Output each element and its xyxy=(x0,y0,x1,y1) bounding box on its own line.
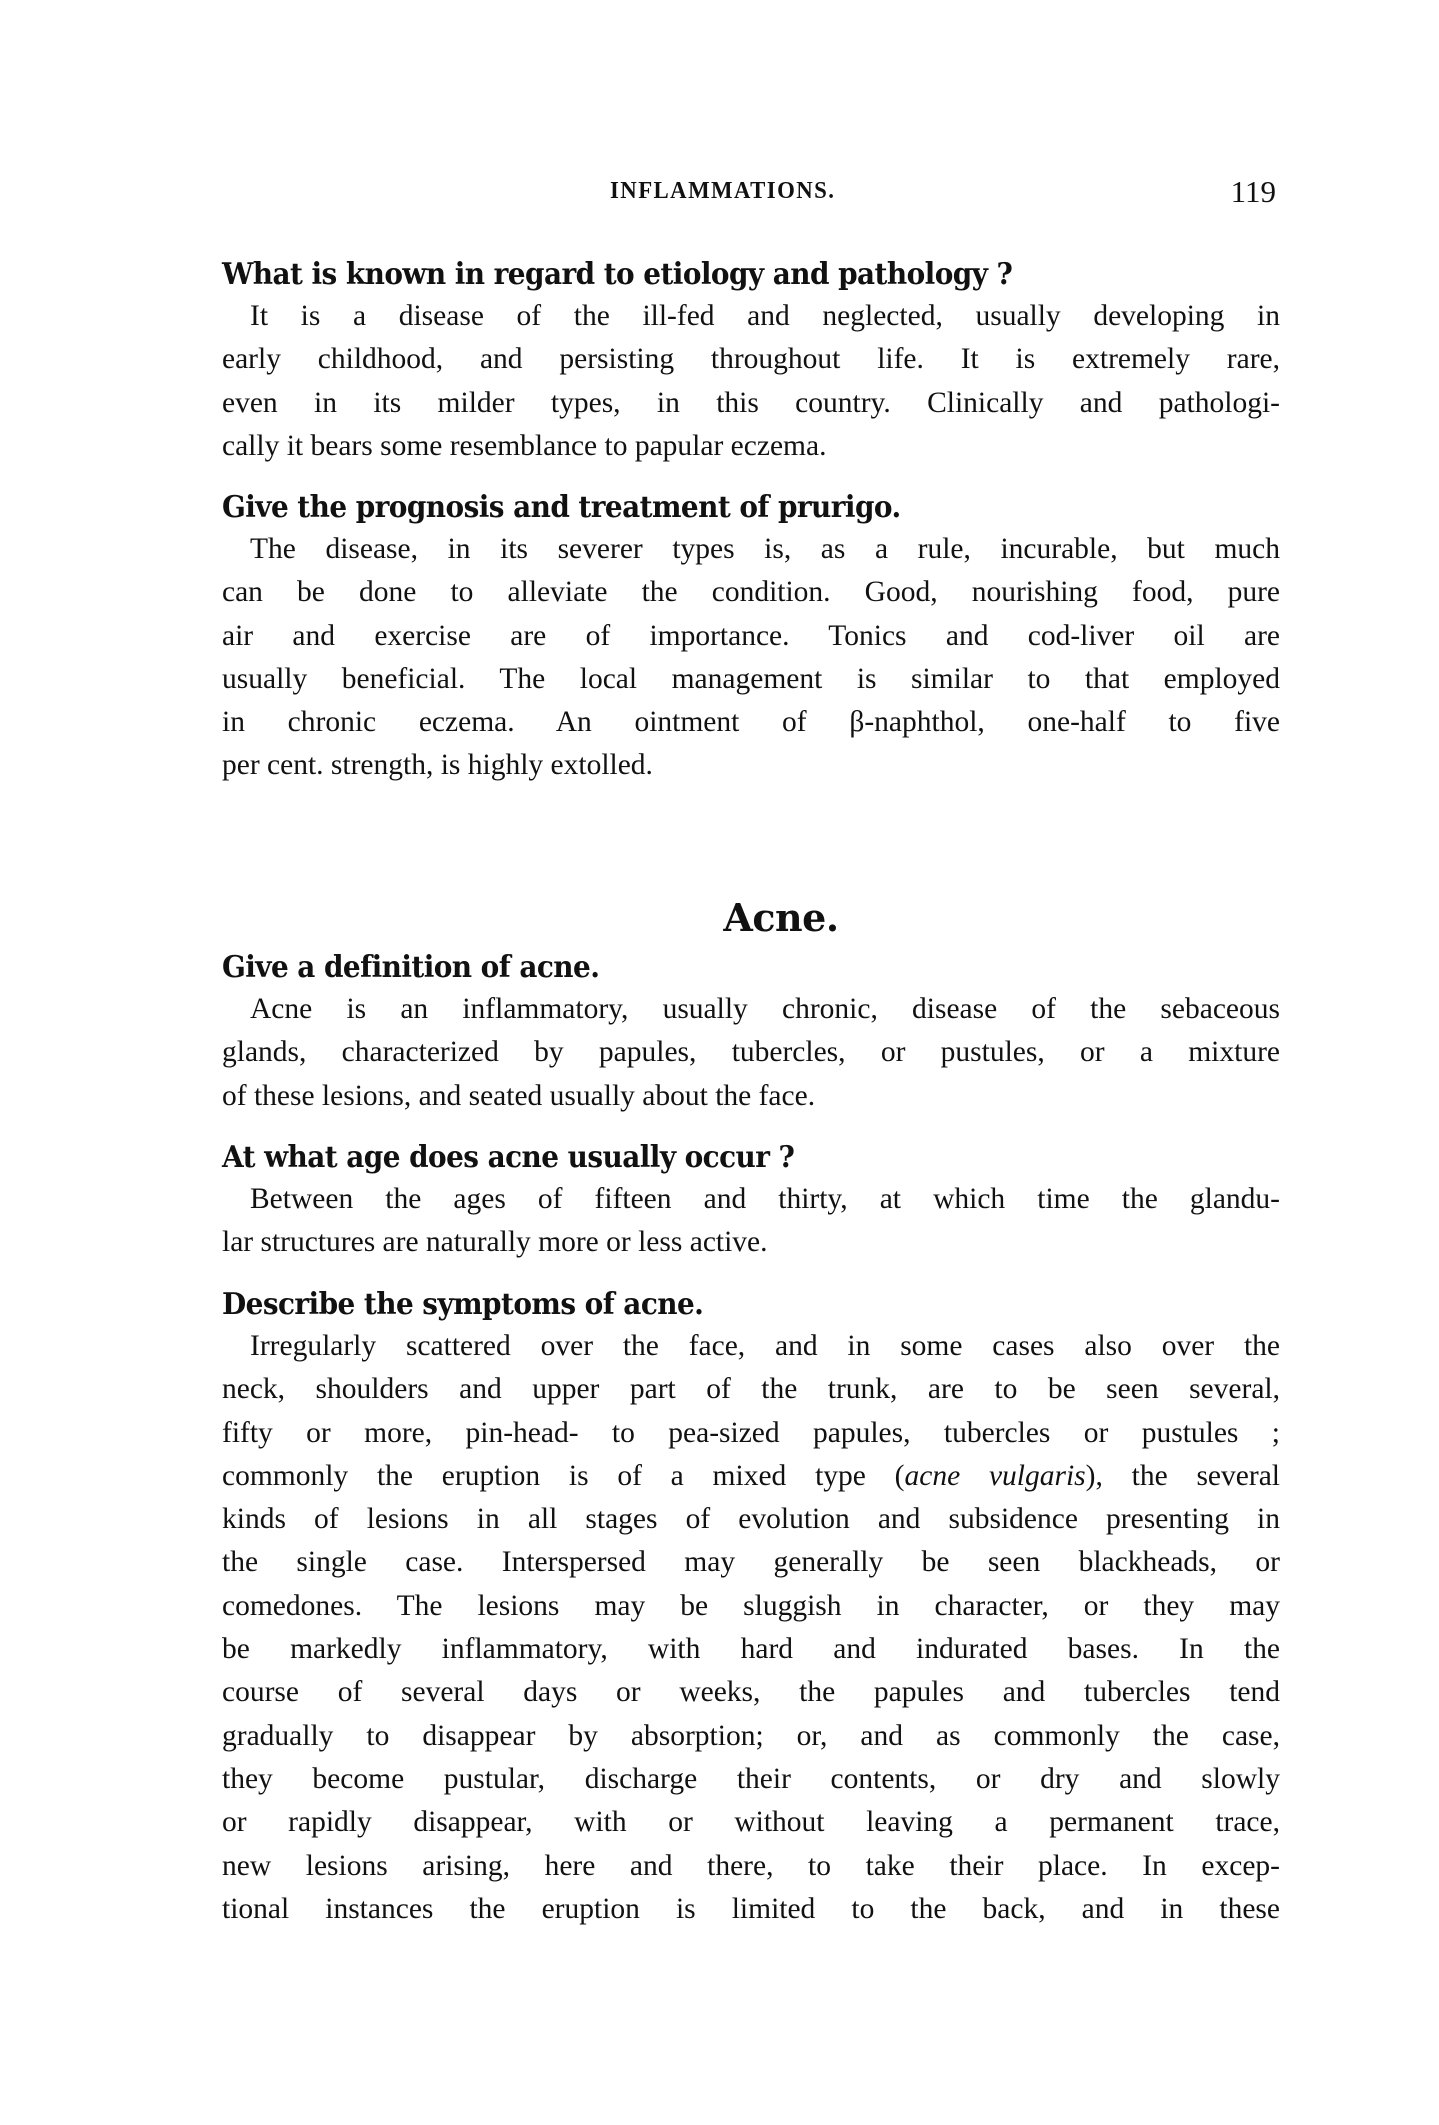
answer-line: of these lesions, and seated usually abo… xyxy=(222,1075,1280,1118)
answer-text: Acne is an inflammatory, usually chronic… xyxy=(222,988,1280,1118)
question-heading: Give a definition of acne. xyxy=(222,948,1206,988)
answer-text: The disease, in its severer types is, as… xyxy=(222,528,1280,788)
answer-line: can be done to alleviate the condition. … xyxy=(222,571,1280,614)
answer-line: course of several days or weeks, the pap… xyxy=(222,1671,1280,1714)
answer-line: or rapidly disappear, with or without le… xyxy=(222,1801,1280,1844)
qa-symptoms-acne: Describe the symptoms of acne. Irregular… xyxy=(222,1285,1280,1931)
answer-line: they become pustular, discharge their co… xyxy=(222,1758,1280,1801)
answer-line: tional instances the eruption is limited… xyxy=(222,1888,1280,1931)
answer-line: glands, characterized by papules, tuberc… xyxy=(222,1031,1280,1074)
answer-line: The disease, in its severer types is, as… xyxy=(222,528,1280,571)
answer-line: new lesions arising, here and there, to … xyxy=(222,1845,1280,1888)
answer-line: in chronic eczema. An ointment of β-naph… xyxy=(222,701,1280,744)
answer-line: gradually to disappear by absorption; or… xyxy=(222,1715,1280,1758)
answer-text: Between the ages of fifteen and thirty, … xyxy=(222,1178,1280,1265)
chapter-title: Acne. xyxy=(222,895,1280,940)
answer-line: It is a disease of the ill-fed and negle… xyxy=(222,295,1280,338)
answer-text: Irregularly scattered over the face, and… xyxy=(222,1325,1280,1931)
answer-line: early childhood, and persisting througho… xyxy=(222,338,1280,381)
qa-prognosis-treatment-prurigo: Give the prognosis and treatment of prur… xyxy=(222,488,1280,788)
page-number: 119 xyxy=(1231,174,1276,210)
answer-text: It is a disease of the ill-fed and negle… xyxy=(222,295,1280,468)
italic-term: acne vulgaris xyxy=(904,1460,1085,1492)
qa-definition-acne: Give a definition of acne. Acne is an in… xyxy=(222,948,1280,1118)
answer-line: even in its milder types, in this countr… xyxy=(222,382,1280,425)
answer-line: neck, shoulders and upper part of the tr… xyxy=(222,1368,1280,1411)
answer-line-with-italic: commonly the eruption is of a mixed type… xyxy=(222,1455,1280,1498)
answer-line: the single case. Interspersed may genera… xyxy=(222,1541,1280,1584)
answer-line: Irregularly scattered over the face, and… xyxy=(222,1325,1280,1368)
answer-line: kinds of lesions in all stages of evolut… xyxy=(222,1498,1280,1541)
running-head: INFLAMMATIONS. 119 xyxy=(222,178,1280,212)
running-title: INFLAMMATIONS. xyxy=(610,178,835,205)
answer-line: air and exercise are of importance. Toni… xyxy=(222,615,1280,658)
answer-line: cally it bears some resemblance to papul… xyxy=(222,425,1280,468)
answer-line: fifty or more, pin-head- to pea-sized pa… xyxy=(222,1412,1280,1455)
qa-etiology-pathology: What is known in regard to etiology and … xyxy=(222,255,1280,468)
chapter-title-text: Acne. xyxy=(723,895,838,940)
answer-line: be markedly inflammatory, with hard and … xyxy=(222,1628,1280,1671)
question-heading: At what age does acne usually occur ? xyxy=(222,1138,1206,1178)
question-heading: Give the prognosis and treatment of prur… xyxy=(222,488,1206,528)
answer-line: Acne is an inflammatory, usually chronic… xyxy=(222,988,1280,1031)
question-heading: What is known in regard to etiology and … xyxy=(222,255,1206,295)
answer-line: Between the ages of fifteen and thirty, … xyxy=(222,1178,1280,1221)
answer-line: usually beneficial. The local management… xyxy=(222,658,1280,701)
qa-age-acne: At what age does acne usually occur ? Be… xyxy=(222,1138,1280,1265)
answer-line: comedones. The lesions may be sluggish i… xyxy=(222,1585,1280,1628)
question-heading: Describe the symptoms of acne. xyxy=(222,1285,1206,1325)
answer-line-prefix: commonly the eruption is of a mixed type… xyxy=(222,1460,904,1492)
answer-line: per cent. strength, is highly extolled. xyxy=(222,744,1280,787)
answer-line: lar structures are naturally more or les… xyxy=(222,1221,1280,1264)
answer-line-suffix: ), the several xyxy=(1086,1460,1280,1492)
